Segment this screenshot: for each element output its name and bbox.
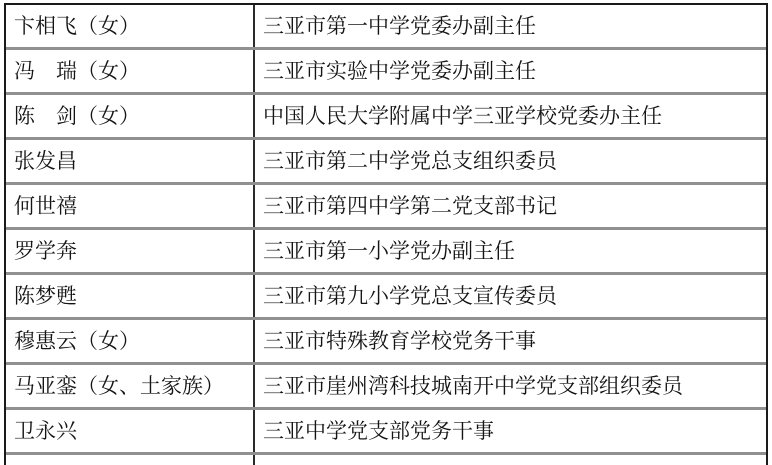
person-name-cell: 陈 剑（女） [6, 94, 254, 139]
table-row: 马亚銮（女、土家族） 三亚市崖州湾科技城南开中学党支部组织委员 [6, 364, 766, 409]
table-row: 陈梦甦 三亚市第九小学党总支宣传委员 [6, 274, 766, 319]
person-position-cell: 三亚市崖州湾科技城南开中学党支部组织委员 [254, 364, 766, 409]
roster-table-body: 卞相飞（女） 三亚市第一中学党委办副主任 冯 瑞（女） 三亚市实验中学党委办副主… [6, 5, 766, 453]
person-position-cell: 三亚市第九小学党总支宣传委员 [254, 274, 766, 319]
person-position-cell: 三亚市第一小学党办副主任 [254, 229, 766, 274]
person-position-cell: 三亚市第四中学第二党支部书记 [254, 184, 766, 229]
person-position-cell: 三亚市第一中学党委办副主任 [254, 5, 766, 49]
person-name-cell: 马亚銮（女、土家族） [6, 364, 254, 409]
table-row: 穆惠云（女） 三亚市特殊教育学校党务干事 [6, 319, 766, 364]
person-name-cell: 罗学奔 [6, 229, 254, 274]
person-name-cell: 穆惠云（女） [6, 319, 254, 364]
roster-table: 卞相飞（女） 三亚市第一中学党委办副主任 冯 瑞（女） 三亚市实验中学党委办副主… [6, 5, 766, 453]
person-position-cell: 三亚市实验中学党委办副主任 [254, 49, 766, 94]
person-position-cell: 中国人民大学附属中学三亚学校党委办主任 [254, 94, 766, 139]
person-name-cell: 冯 瑞（女） [6, 49, 254, 94]
person-name-cell: 卫永兴 [6, 409, 254, 454]
person-name-cell: 卞相飞（女） [6, 5, 254, 49]
table-row: 张发昌 三亚市第二中学党总支组织委员 [6, 139, 766, 184]
roster-table-container: 卞相飞（女） 三亚市第一中学党委办副主任 冯 瑞（女） 三亚市实验中学党委办副主… [4, 3, 768, 453]
table-row: 卫永兴 三亚中学党支部党务干事 [6, 409, 766, 454]
table-row: 罗学奔 三亚市第一小学党办副主任 [6, 229, 766, 274]
table-row: 何世禧 三亚市第四中学第二党支部书记 [6, 184, 766, 229]
person-name-cell: 何世禧 [6, 184, 254, 229]
person-position-cell: 三亚中学党支部党务干事 [254, 409, 766, 454]
table-row: 陈 剑（女） 中国人民大学附属中学三亚学校党委办主任 [6, 94, 766, 139]
person-position-cell: 三亚市特殊教育学校党务干事 [254, 319, 766, 364]
person-position-cell: 三亚市第二中学党总支组织委员 [254, 139, 766, 184]
table-row: 卞相飞（女） 三亚市第一中学党委办副主任 [6, 5, 766, 49]
page-background: { "table": { "description_colors": { "ou… [0, 0, 772, 453]
person-name-cell: 陈梦甦 [6, 274, 254, 319]
person-name-cell: 张发昌 [6, 139, 254, 184]
table-row: 冯 瑞（女） 三亚市实验中学党委办副主任 [6, 49, 766, 94]
